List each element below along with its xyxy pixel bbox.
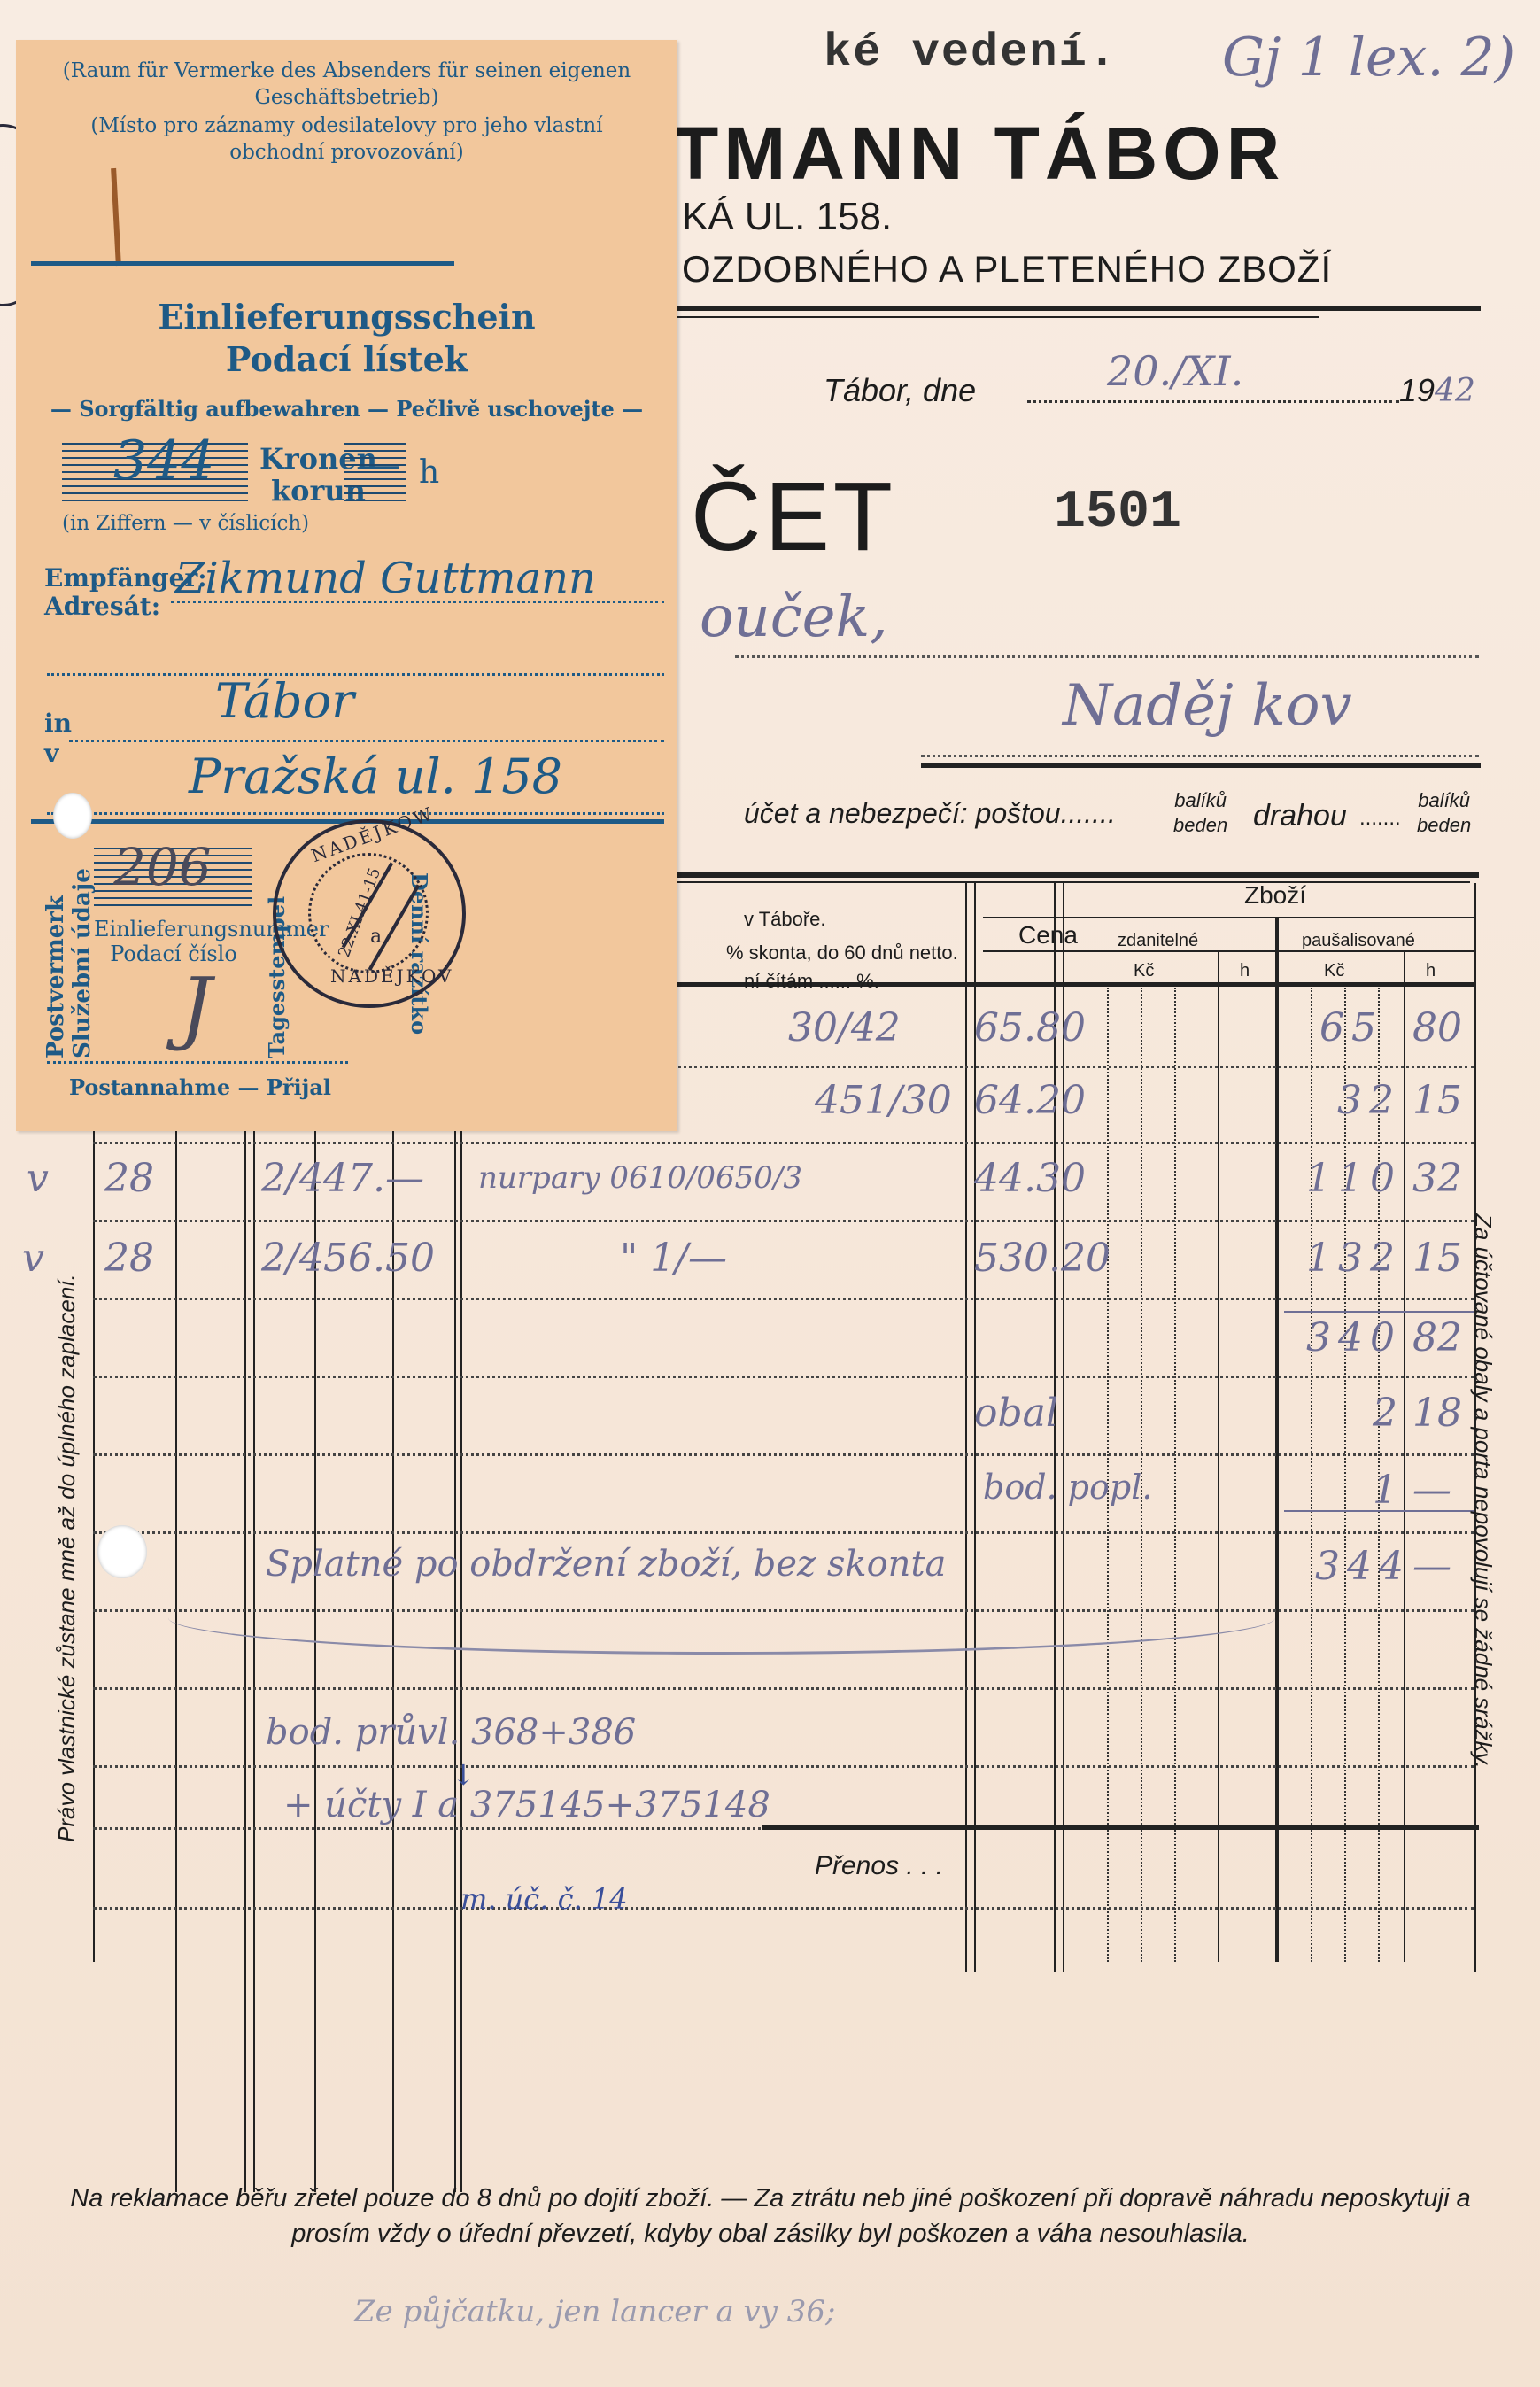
amount-value: 344 <box>113 430 215 492</box>
postmark-letter: a <box>370 926 382 948</box>
subgoods-rule <box>983 950 1474 952</box>
date-line <box>1027 400 1399 403</box>
receipt-number: 206 <box>113 837 212 897</box>
subtotal-kc: 340 <box>1306 1315 1402 1360</box>
invoice-number: 1501 <box>1054 483 1181 543</box>
clerk-signature: J <box>180 961 212 1054</box>
packaging-h: 18 <box>1412 1391 1462 1436</box>
row3-price: 44.30 <box>974 1156 1086 1201</box>
sender-note-de: (Raum für Vermerke des Absenders für sei… <box>16 58 677 111</box>
haler-label: h <box>419 454 439 491</box>
recipient-value: Zikmund Guttmann <box>175 554 596 603</box>
place-label-de: in <box>44 709 72 739</box>
place-value: Tábor <box>215 673 354 729</box>
col-goods: Zboží <box>1244 881 1306 910</box>
date-label: Tábor, dne <box>824 372 976 409</box>
keep-notice: — Sorgfältig aufbewahren — Pečlivě uscho… <box>16 396 677 422</box>
row4-h: 15 <box>1412 1236 1462 1281</box>
total-h: — <box>1412 1544 1451 1589</box>
sender-note-cz: (Místo pro záznamy odesilatelovy pro jeh… <box>16 112 677 166</box>
digit-dots <box>1344 988 1346 1962</box>
year-prefix-text: 19 <box>1399 372 1435 408</box>
row3-h: 32 <box>1412 1156 1462 1201</box>
carry-over: Přenos . . . <box>815 1851 943 1881</box>
date-value: 20./XI. <box>1107 347 1243 395</box>
col-line-taxable-h <box>1218 952 1219 1962</box>
rail-unit-crates: beden <box>1417 813 1471 838</box>
col-line-price-left <box>965 883 967 1972</box>
col-taxable-kc: Kč <box>1134 961 1154 981</box>
row4-kc: 132 <box>1306 1236 1402 1281</box>
table-top-rule-thin <box>673 881 1470 883</box>
street-line <box>47 812 664 815</box>
digit-dots <box>1174 988 1176 1962</box>
fee-kc: 1 <box>1373 1468 1397 1513</box>
note-arrow: ↓ <box>452 1758 476 1792</box>
row3-qty: 2/4 <box>261 1156 324 1201</box>
footer-handwritten-note: Ze půjčatku, jen lancer a vy 36; <box>354 2294 836 2329</box>
punch-hole <box>97 1525 147 1578</box>
col-flat-kc: Kč <box>1324 961 1344 981</box>
handwritten-reference: Gj 1 lex. 2) <box>1222 27 1515 89</box>
row2-kc: 32 <box>1337 1078 1401 1123</box>
packaging-kc: 2 <box>1373 1391 1397 1436</box>
shipping-label: účet a nebezpečí: poštou....... <box>744 797 1116 830</box>
note-accounts: + účty I a 375145+375148 <box>283 1785 770 1825</box>
fee-label: bod. popl. <box>983 1468 1152 1507</box>
row1-desc: 30/42 <box>788 1005 901 1050</box>
payment-note: Splatné po obdržení zboží, bez skonta <box>266 1544 946 1585</box>
col-line-flat-h <box>1404 952 1405 1962</box>
col-price: Cena <box>1018 921 1078 949</box>
row3-desc: nurpary 0610/0650/3 <box>478 1160 802 1196</box>
row1-price: 65.80 <box>974 1005 1086 1050</box>
row-line <box>93 1453 1474 1456</box>
row4-qty: 2/4 <box>261 1236 324 1281</box>
slip-punch-hole <box>53 793 92 839</box>
packaging-label: obal <box>974 1391 1058 1436</box>
row3-check: v <box>27 1156 49 1201</box>
row4-price: 530.20 <box>974 1236 1111 1281</box>
subtotal-rule <box>1284 1311 1474 1313</box>
col-line-flat-left <box>1275 917 1279 1962</box>
post-units: balíků beden <box>1173 788 1227 838</box>
place-label-cz: v <box>44 739 72 769</box>
header-rule <box>673 306 1481 311</box>
unit-parcels: balíků <box>1173 788 1227 813</box>
subtotal-h: 82 <box>1412 1315 1462 1360</box>
col-flat-h: h <box>1426 961 1436 981</box>
packaging-clause: Za účtované obaly a porta nepovolují se … <box>1469 1213 1497 1769</box>
table-top-rule <box>673 872 1479 878</box>
row-line <box>93 1142 1474 1144</box>
row-line <box>93 1907 1474 1910</box>
accepted-label: Postannahme — Přijal <box>69 1074 331 1100</box>
shipping-dots: ....... <box>1061 797 1116 829</box>
rail-unit-parcels: balíků <box>1417 788 1471 813</box>
row4-check: v <box>22 1236 44 1281</box>
terms-2: % skonta, do 60 dnů netto. <box>726 942 958 965</box>
pen-mark <box>111 168 121 266</box>
receipt-label-de: Einlieferungsnummer <box>94 917 253 942</box>
row-line <box>93 1765 1474 1768</box>
street-value: Pražská ul. 158 <box>189 748 562 804</box>
row3-day: 28 <box>104 1156 154 1201</box>
goods-rule <box>983 917 1474 918</box>
customer-line <box>735 655 1479 658</box>
col-taxable: zdanitelné <box>1118 931 1198 951</box>
postal-receipt-slip: (Raum für Vermerke des Absenders für sei… <box>16 40 677 1131</box>
col-flat: paušalisované <box>1302 931 1415 951</box>
recipient-line <box>171 601 664 603</box>
row-line <box>93 1220 1474 1222</box>
post-label: Postvermerk Služební údaje <box>43 868 96 1058</box>
place-line <box>921 755 1479 757</box>
row-line <box>93 1298 1474 1300</box>
place-label: in v <box>44 709 72 769</box>
slip-title-de: Einlieferungsschein <box>16 297 677 337</box>
row3-kc: 110 <box>1306 1156 1402 1201</box>
row2-desc: 451/30 <box>815 1078 952 1123</box>
col-line <box>253 1103 255 2192</box>
row-line <box>93 1376 1474 1378</box>
row1-kc: 65 <box>1319 1005 1383 1050</box>
total-kc: 344 <box>1315 1544 1411 1589</box>
row3-amount: 47.— <box>323 1156 424 1201</box>
row2-h: 15 <box>1412 1078 1462 1123</box>
customer-name: ouček, <box>700 585 888 650</box>
rail-units: balíků beden <box>1417 788 1471 838</box>
shipping-post: účet a nebezpečí: poštou <box>744 797 1061 829</box>
post-label-de: Postvermerk <box>43 868 69 1058</box>
postmark-town-bottom: NADĚJKOV <box>330 965 454 987</box>
rail-dots: ....... <box>1359 806 1401 831</box>
receipt-label: Einlieferungsnummer Podací číslo <box>94 917 253 966</box>
accepted-line <box>47 1061 348 1064</box>
receipt-label-cz: Podací číslo <box>94 942 253 966</box>
company-address: KÁ UL. 158. <box>682 195 892 239</box>
place-line <box>69 740 664 742</box>
company-goods: OZDOBNÉHO A PLETENÉHO ZBOŽÍ <box>682 248 1332 291</box>
invoice-title: ČET <box>691 461 896 573</box>
row4-day: 28 <box>104 1236 154 1281</box>
unit-crates: beden <box>1173 813 1227 838</box>
slip-title-cz: Podací lístek <box>16 339 677 379</box>
year-prefix: 1942 <box>1399 372 1475 409</box>
row-line <box>93 1687 1474 1690</box>
post-label-cz: Služební údaje <box>69 868 96 1058</box>
col-line <box>175 1103 177 2192</box>
terms-1: v Táboře. <box>744 908 826 931</box>
carry-rule <box>762 1825 1479 1830</box>
place-rule <box>921 763 1481 768</box>
col-taxable-h: h <box>1240 961 1250 981</box>
recipient-line-2 <box>47 673 664 676</box>
fee-h: — <box>1412 1468 1451 1513</box>
customer-place: Naděj kov <box>1063 673 1352 739</box>
in-figures: (in Ziffern — v číslicích) <box>62 512 309 535</box>
row1-h: 80 <box>1412 1005 1462 1050</box>
col-line <box>244 1103 246 2192</box>
company-name: TMANN TÁBOR <box>673 111 1285 197</box>
row4-amount: 56.50 <box>323 1236 435 1281</box>
row2-price: 64.20 <box>974 1078 1086 1123</box>
payment-note-underline <box>168 1581 1275 1655</box>
rail-label: drahou <box>1253 799 1347 833</box>
note-delivery: bod. průvl. 368+386 <box>266 1712 636 1753</box>
heading-stamp: ké vedení. <box>824 27 1118 79</box>
row-line <box>93 1531 1474 1534</box>
ownership-clause: Právo vlastnické zůstane mně až do úplné… <box>53 1274 81 1842</box>
haler-value: — <box>357 438 401 490</box>
digit-dots <box>1311 988 1312 1962</box>
row4-desc: " 1/— <box>620 1236 727 1281</box>
slip-rule <box>31 261 454 266</box>
note-ledger: m. úč. č. 14 <box>460 1882 628 1916</box>
header-rule-thin <box>673 316 1319 318</box>
terms-3: ní čítám ...... %. <box>744 970 879 993</box>
terms-footer: Na reklamace běřu zřetel pouze do 8 dnů … <box>62 2181 1479 2251</box>
year-suffix: 42 <box>1435 373 1475 409</box>
